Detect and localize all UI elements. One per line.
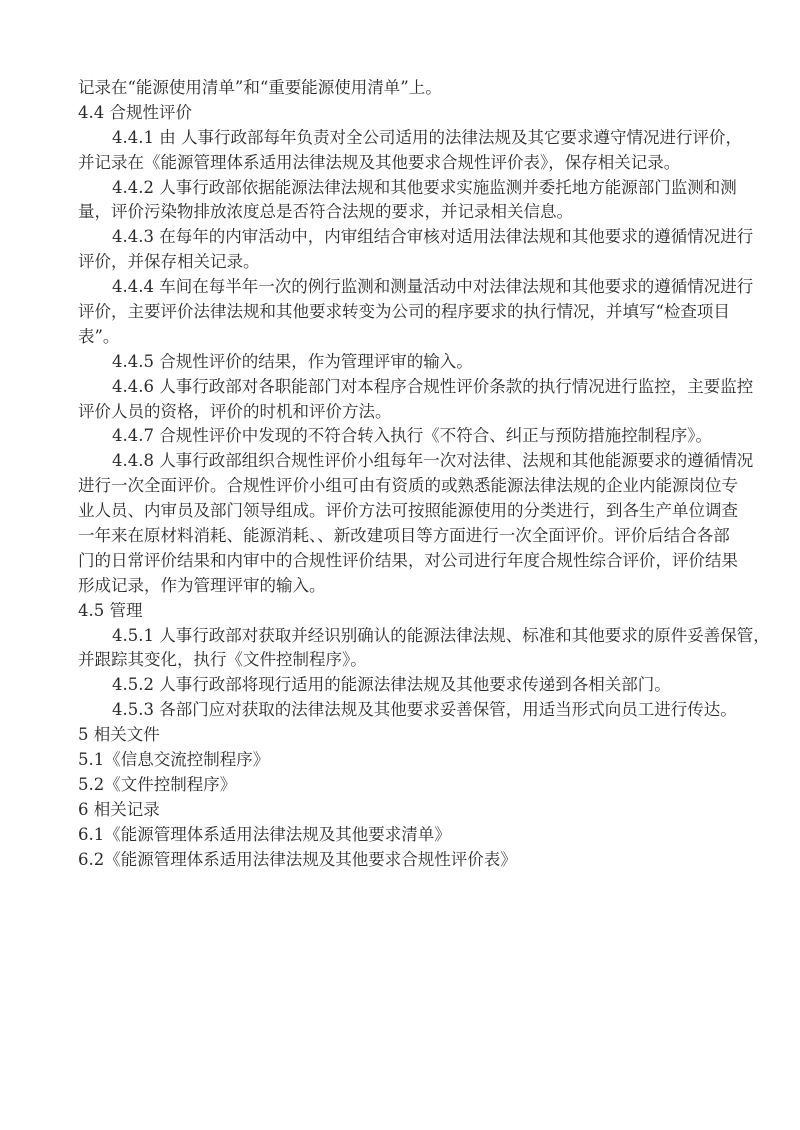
clause-4-4-2: 4.4.2 人事行政部依据能源法律法规和其他要求实施监测并委托地方能源部门监测和… (78, 176, 738, 201)
related-record-6-2: 6.2《能源管理体系适用法律法规及其他要求合规性评价表》 (78, 848, 738, 873)
text-line: 表”。 (78, 325, 738, 350)
section-heading-4-5: 4.5 管理 (78, 599, 738, 624)
text-line: 并记录在《能源管理体系适用法律法规及其他要求合规性评价表》，保存相关记录。 (78, 151, 738, 176)
section-heading-4-4: 4.4 合规性评价 (78, 101, 738, 126)
document-page: 记录在“能源使用清单”和“重要能源使用清单”上。 4.4 合规性评价 4.4.1… (78, 76, 738, 873)
clause-4-4-8: 4.4.8 人事行政部组织合规性评价小组每年一次对法律、法规和其他能源要求的遵循… (78, 449, 738, 474)
section-heading-5: 5 相关文件 (78, 723, 738, 748)
clause-4-5-3: 4.5.3 各部门应对获取的法律法规及其他要求妥善保管，用适当形式向员工进行传达… (78, 698, 738, 723)
clause-4-4-5: 4.4.5 合规性评价的结果，作为管理评审的输入。 (78, 350, 738, 375)
text-line: 评价，主要评价法律法规和其他要求转变为公司的程序要求的执行情况，并填写“检查项目 (78, 300, 738, 325)
text-line: 记录在“能源使用清单”和“重要能源使用清单”上。 (78, 76, 738, 101)
text-line: 评价人员的资格，评价的时机和评价方法。 (78, 400, 738, 425)
related-record-6-1: 6.1《能源管理体系适用法律法规及其他要求清单》 (78, 823, 738, 848)
text-line: 业人员、内审员及部门领导组成。评价方法可按照能源使用的分类进行，到各生产单位调查 (78, 499, 738, 524)
text-line: 形成记录，作为管理评审的输入。 (78, 574, 738, 599)
section-heading-6: 6 相关记录 (78, 798, 738, 823)
text-line: 门的日常评价结果和内审中的合规性评价结果，对公司进行年度合规性综合评价，评价结果 (78, 549, 738, 574)
clause-4-4-4: 4.4.4 车间在每半年一次的例行监测和测量活动中对法律法规和其他要求的遵循情况… (78, 275, 738, 300)
related-document-5-2: 5.2《文件控制程序》 (78, 773, 738, 798)
text-line: 一年来在原材料消耗、能源消耗、、新改建项目等方面进行一次全面评价。评价后结合各部 (78, 524, 738, 549)
text-line: 进行一次全面评价。合规性评价小组可由有资质的或熟悉能源法律法规的企业内能源岗位专 (78, 474, 738, 499)
text-line: 评价，并保存相关记录。 (78, 250, 738, 275)
clause-4-4-1: 4.4.1 由 人事行政部每年负责对全公司适用的法律法规及其它要求遵守情况进行评… (78, 126, 738, 151)
text-line: 量，评价污染物排放浓度总是否符合法规的要求，并记录相关信息。 (78, 200, 738, 225)
clause-4-5-1: 4.5.1 人事行政部对获取并经识别确认的能源法律法规、标准和其他要求的原件妥善… (78, 624, 738, 649)
text-line: 并跟踪其变化，执行《文件控制程序》。 (78, 648, 738, 673)
clause-4-4-7: 4.4.7 合规性评价中发现的不符合转入执行《不符合、纠正与预防措施控制程序》。 (78, 424, 738, 449)
clause-4-5-2: 4.5.2 人事行政部将现行适用的能源法律法规及其他要求传递到各相关部门。 (78, 673, 738, 698)
clause-4-4-3: 4.4.3 在每年的内审活动中，内审组结合审核对适用法律法规和其他要求的遵循情况… (78, 225, 738, 250)
clause-4-4-6: 4.4.6 人事行政部对各职能部门对本程序合规性评价条款的执行情况进行监控，主要… (78, 375, 738, 400)
related-document-5-1: 5.1《信息交流控制程序》 (78, 748, 738, 773)
